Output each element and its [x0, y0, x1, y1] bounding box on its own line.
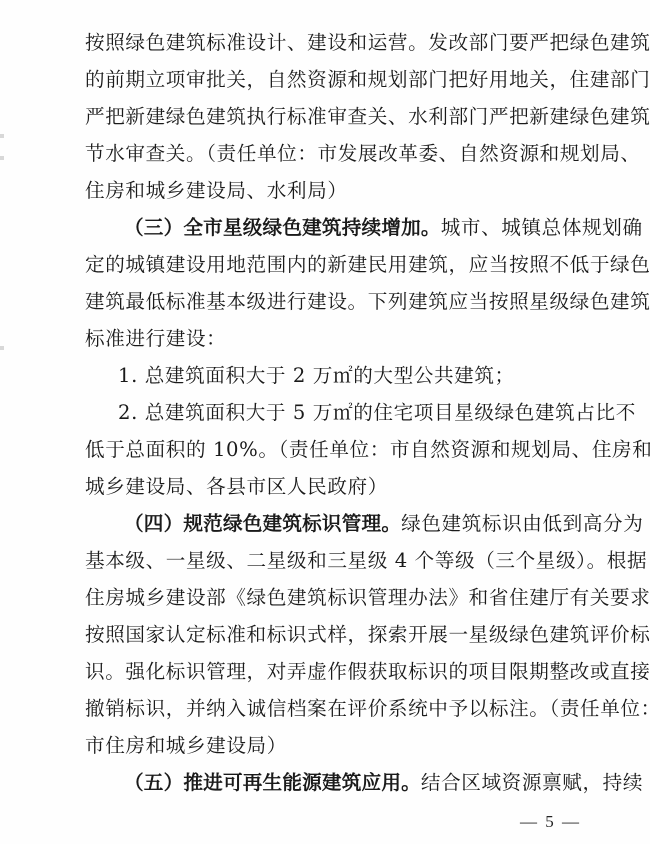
section-heading-line-3: （三）全市星级绿色建筑持续增加。城市、城镇总体规划确	[124, 216, 567, 240]
body-line: 市住房和城乡建设局）	[85, 734, 567, 758]
body-line: 建筑最低标准基本级进行建设。下列建筑应当按照星级绿色建筑	[85, 290, 567, 314]
body-text: 结合区域资源禀赋，持续	[421, 771, 643, 794]
body-line: 住房城乡建设部《绿色建筑标识管理办法》和省住建厅有关要求，	[85, 586, 567, 610]
body-line: 严把新建绿色建筑执行标准审查关、水利部门严把新建绿色建筑	[85, 105, 567, 129]
document-page: 按照绿色建筑标准设计、建设和运营。发改部门要严把绿色建筑 的前期立项审批关，自然…	[0, 0, 650, 844]
body-line: 按照绿色建筑标准设计、建设和运营。发改部门要严把绿色建筑	[85, 31, 567, 55]
body-text: 绿色建筑标识由低到高分为	[401, 512, 643, 535]
scan-mark	[0, 156, 4, 160]
body-line: 定的城镇建设用地范围内的新建民用建筑，应当按照不低于绿色	[85, 253, 567, 277]
section-heading: （三）全市星级绿色建筑持续增加。	[124, 216, 441, 239]
body-line: 的前期立项审批关，自然资源和规划部门把好用地关，住建部门	[85, 68, 567, 92]
body-line: 按照国家认定标准和标识式样，探索开展一星级绿色建筑评价标	[85, 623, 567, 647]
body-line: 识。强化标识管理，对弄虚作假获取标识的项目限期整改或直接	[85, 660, 567, 684]
section-heading-line-4: （四）规范绿色建筑标识管理。绿色建筑标识由低到高分为	[124, 512, 567, 536]
section-heading-line-5: （五）推进可再生能源建筑应用。结合区域资源禀赋，持续	[124, 771, 567, 795]
body-line: 节水审查关。（责任单位：市发展改革委、自然资源和规划局、	[85, 142, 567, 166]
body-line: 低于总面积的 10%。（责任单位：市自然资源和规划局、住房和	[85, 438, 567, 462]
body-line: 撤销标识，并纳入诚信档案在评价系统中予以标注。（责任单位：	[85, 697, 567, 721]
list-item-1: 1. 总建筑面积大于 2 万㎡的大型公共建筑；	[118, 364, 567, 388]
body-text: 城市、城镇总体规划确	[441, 216, 643, 239]
section-heading: （四）规范绿色建筑标识管理。	[124, 512, 401, 535]
scan-mark	[0, 346, 4, 350]
body-line: 标准进行建设：	[85, 327, 567, 351]
body-line: 城乡建设局、各县市区人民政府）	[85, 475, 567, 499]
scan-mark	[0, 134, 4, 138]
body-line: 住房和城乡建设局、水利局）	[85, 179, 567, 203]
body-line: 基本级、一星级、二星级和三星级 4 个等级（三个星级）。根据	[85, 549, 567, 573]
section-heading: （五）推进可再生能源建筑应用。	[124, 771, 421, 794]
list-item-2: 2. 总建筑面积大于 5 万㎡的住宅项目星级绿色建筑占比不	[118, 401, 567, 425]
page-number: — 5 —	[520, 812, 581, 832]
